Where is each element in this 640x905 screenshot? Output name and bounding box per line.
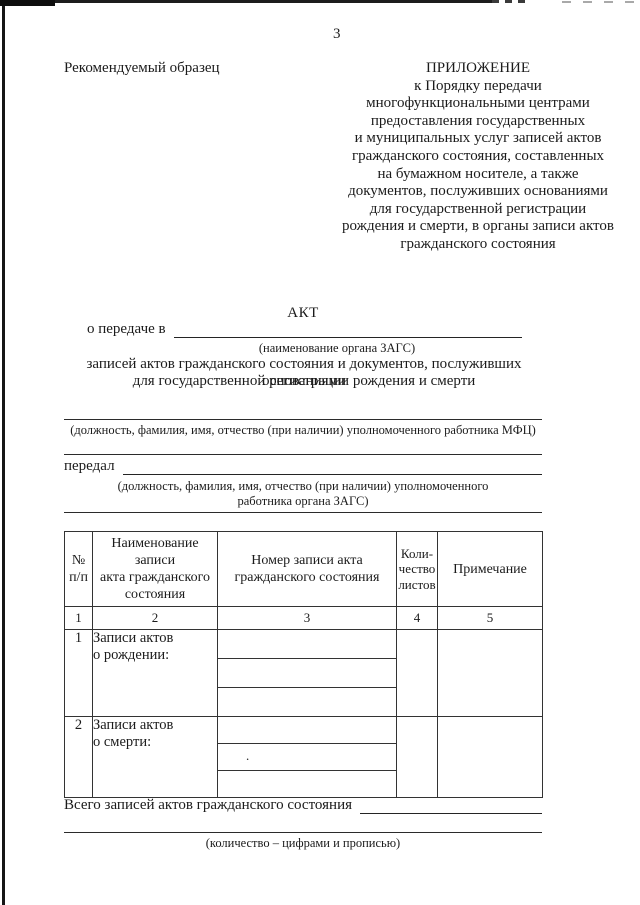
scan-left-border [2, 0, 5, 905]
transfer-line: о передаче в [87, 321, 522, 338]
appendix-block: ПРИЛОЖЕНИЕ к Порядку передачи многофункц… [340, 60, 616, 254]
record-number-blank: . [218, 744, 396, 771]
quantity-blank-line [64, 832, 542, 833]
peredal-line: передал [64, 458, 542, 475]
total-label: Всего записей актов гражданского состоян… [64, 797, 352, 814]
mfc-caption: (должность, фамилия, имя, отчество (при … [64, 423, 542, 438]
record-name: Записи актов о рождении: [93, 630, 218, 717]
appendix-line: ПРИЛОЖЕНИЕ [340, 60, 616, 78]
appendix-line: рождения и смерти, в органы записи актов [340, 218, 616, 236]
record-number-blank [218, 688, 396, 716]
act-title: АКТ [64, 305, 542, 322]
records-table: № п/п Наименование записи акта гражданск… [64, 531, 543, 798]
appendix-line: на бумажном носителе, а также [340, 166, 616, 184]
recommended-sample-label: Рекомендуемый образец [64, 60, 220, 77]
record-number-blank [218, 717, 396, 744]
appendix-line: документов, послуживших основаниями [340, 183, 616, 201]
quantity-caption: (количество – цифрами и прописью) [64, 836, 542, 851]
appendix-line: к Порядку передачи [340, 78, 616, 96]
table-header-row: № п/п Наименование записи акта гражданск… [65, 532, 543, 607]
col-num: 3 [218, 607, 397, 630]
mfc-blank-line [64, 419, 542, 420]
col-header-record-name: Наименование записи акта гражданского со… [93, 532, 218, 607]
col-header-record-number: Номер записи акта гражданского состояния [218, 532, 397, 607]
record-number-blank [218, 659, 396, 688]
transfer-prefix: о передаче в [87, 321, 166, 338]
record-number-blank [218, 630, 396, 659]
appendix-line: гражданского состояния, составленных [340, 148, 616, 166]
record-number-subcells: . [218, 717, 397, 798]
transfer-caption: (наименование органа ЗАГС) [152, 341, 522, 356]
appendix-line: гражданского состояния [340, 236, 616, 254]
table-row-death-records: 2 Записи актов о смерти: . [65, 717, 543, 798]
col-num: 5 [438, 607, 543, 630]
page-number: 3 [333, 26, 341, 43]
appendix-line: многофункциональными центрами [340, 95, 616, 113]
appendix-line: и муниципальных услуг записей актов [340, 130, 616, 148]
peredal-label: передал [64, 458, 115, 475]
act-subtitle-line2: для государственной регистрации рождения… [50, 373, 558, 390]
note-cell [438, 717, 543, 798]
col-header-sheet-count: Коли- чество листов [397, 532, 438, 607]
col-num: 1 [65, 607, 93, 630]
table-row-birth-records: 1 Записи актов о рождении: [65, 630, 543, 717]
appendix-line: предоставления государственных [340, 113, 616, 131]
record-number-subcells [218, 630, 397, 717]
col-header-note: Примечание [438, 532, 543, 607]
row-number: 1 [65, 630, 93, 717]
scan-top-border-dashes [492, 0, 528, 3]
record-name: Записи актов о смерти: [93, 717, 218, 798]
note-cell [438, 630, 543, 717]
scan-top-border [0, 0, 492, 3]
sheet-count-cell [397, 717, 438, 798]
col-num: 4 [397, 607, 438, 630]
column-numbering-row: 1 2 3 4 5 [65, 607, 543, 630]
appendix-line: для государственной регистрации [340, 201, 616, 219]
total-blank-line [360, 797, 542, 814]
peredal-blank-line [123, 458, 542, 475]
record-number-blank [218, 771, 396, 797]
total-line: Всего записей актов гражданского состоян… [64, 797, 542, 814]
sheet-count-cell [397, 630, 438, 717]
scan-top-border-thick [0, 0, 55, 6]
row-number: 2 [65, 717, 93, 798]
col-header-number: № п/п [65, 532, 93, 607]
col-num: 2 [93, 607, 218, 630]
zags-caption: (должность, фамилия, имя, отчество (при … [64, 479, 542, 508]
blank-line [64, 454, 542, 455]
scan-top-border-faint-dashes [562, 1, 638, 3]
blank-line [64, 512, 542, 513]
transfer-blank-line [174, 321, 522, 338]
